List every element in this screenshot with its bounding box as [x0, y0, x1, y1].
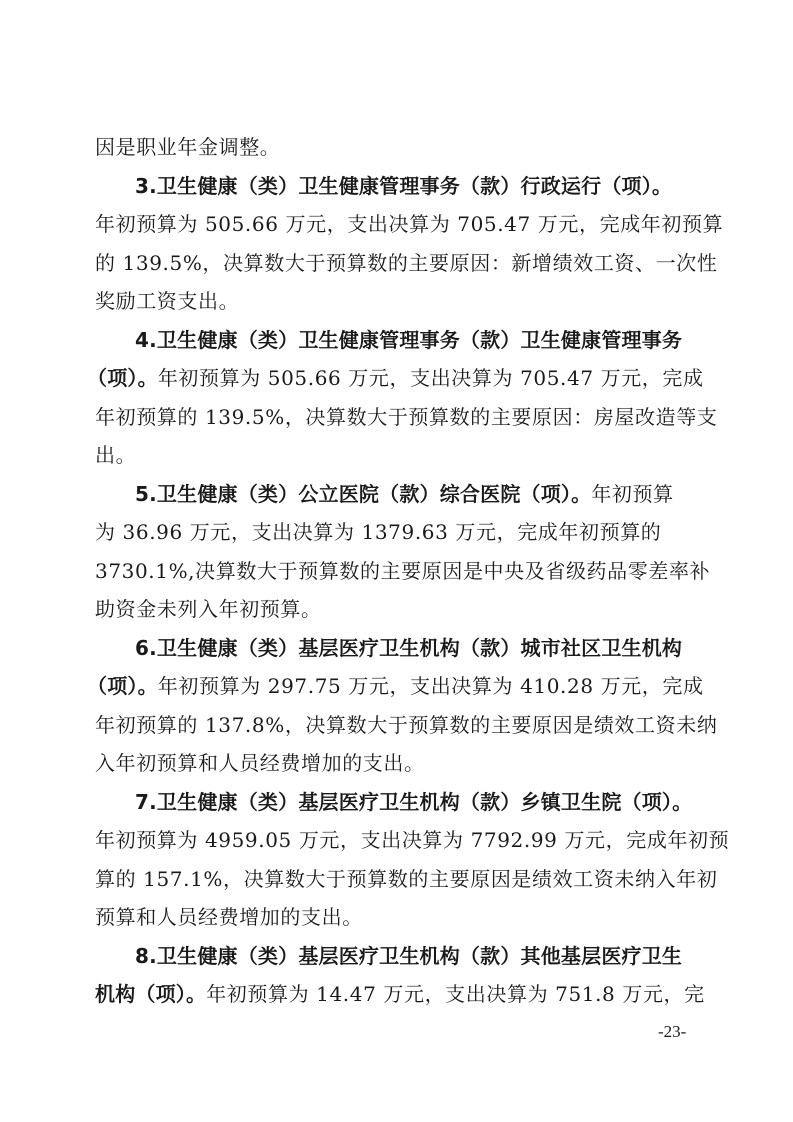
paragraph-line: 年初预算为 505.66 万元，支出决算为 705.47 万元，完成年初预算 [95, 205, 707, 244]
paragraph-line: 出。 [95, 436, 707, 475]
line-text: 的 139.5%，决算数大于预算数的主要原因：新增绩效工资、一次性 [95, 251, 717, 275]
line-text: 3730.1%,决算数大于预算数的主要原因是中央及省级药品零差率补 [95, 559, 710, 583]
line-text: 因是职业年金调整。 [95, 135, 280, 159]
paragraph-line: 预算和人员经费增加的支出。 [95, 898, 707, 937]
line-text: 年初预算为 297.75 万元，支出决算为 410.28 万元，完成 [158, 674, 704, 698]
paragraph-line: 年初预算的 139.5%，决算数大于预算数的主要原因：房屋改造等支 [95, 398, 707, 437]
page-number: -23- [658, 1022, 686, 1042]
line-text: 年初预算 [591, 482, 673, 506]
paragraph-line: 3730.1%,决算数大于预算数的主要原因是中央及省级药品零差率补 [95, 552, 707, 591]
heading-text: （项）。 [87, 674, 158, 698]
heading-text: 4.卫生健康（类）卫生健康管理事务（款）卫生健康管理事务 [135, 328, 682, 352]
section-heading-4: 4.卫生健康（类）卫生健康管理事务（款）卫生健康管理事务 [95, 321, 707, 360]
heading-text: （项）。 [87, 366, 158, 390]
paragraph-line: 为 36.96 万元，支出决算为 1379.63 万元，完成年初预算的 [95, 513, 707, 552]
paragraph-line: 年初预算为 4959.05 万元，支出决算为 7792.99 万元，完成年初预 [95, 821, 707, 860]
heading-text: 8.卫生健康（类）基层医疗卫生机构（款）其他基层医疗卫生 [135, 944, 682, 968]
line-text: 算的 157.1%，决算数大于预算数的主要原因是绩效工资未纳入年初 [95, 867, 717, 891]
paragraph-line: 入年初预算和人员经费增加的支出。 [95, 744, 707, 783]
section-heading-3: 3.卫生健康（类）卫生健康管理事务（款）行政运行（项）。 [95, 167, 707, 206]
line-text: 年初预算为 505.66 万元，支出决算为 705.47 万元，完成年初预算 [95, 212, 723, 236]
heading-text: 3.卫生健康（类）卫生健康管理事务（款）行政运行（项）。 [135, 174, 672, 198]
section-heading-7: 7.卫生健康（类）基层医疗卫生机构（款）乡镇卫生院（项）。 [95, 783, 707, 822]
line-text: 入年初预算和人员经费增加的支出。 [95, 751, 425, 775]
paragraph-line: （项）。年初预算为 297.75 万元，支出决算为 410.28 万元，完成 [87, 667, 707, 706]
paragraph-line: （项）。年初预算为 505.66 万元，支出决算为 705.47 万元，完成 [87, 359, 707, 398]
line-text: 年初预算为 505.66 万元，支出决算为 705.47 万元，完成 [158, 366, 704, 390]
line-text: 年初预算为 4959.05 万元，支出决算为 7792.99 万元，完成年初预 [95, 828, 729, 852]
paragraph-line: 的 139.5%，决算数大于预算数的主要原因：新增绩效工资、一次性 [95, 244, 707, 283]
paragraph-line: 机构（项）。年初预算为 14.47 万元，支出决算为 751.8 万元，完 [95, 975, 707, 1014]
line-text: 助资金未列入年初预算。 [95, 597, 322, 621]
line-text: 年初预算的 137.8%，决算数大于预算数的主要原因是绩效工资未纳 [95, 713, 717, 737]
paragraph-line: 奖励工资支出。 [95, 282, 707, 321]
paragraph-line: 因是职业年金调整。 [95, 128, 707, 167]
heading-text: 机构（项）。 [95, 982, 206, 1006]
line-text: 预算和人员经费增加的支出。 [95, 905, 363, 929]
heading-text: 7.卫生健康（类）基层医疗卫生机构（款）乡镇卫生院（项）。 [135, 790, 692, 814]
line-text: 为 36.96 万元，支出决算为 1379.63 万元，完成年初预算的 [95, 520, 661, 544]
paragraph-line: 算的 157.1%，决算数大于预算数的主要原因是绩效工资未纳入年初 [95, 860, 707, 899]
paragraph-line: 年初预算的 137.8%，决算数大于预算数的主要原因是绩效工资未纳 [95, 706, 707, 745]
heading-text: 6.卫生健康（类）基层医疗卫生机构（款）城市社区卫生机构 [135, 636, 682, 660]
heading-text: 5.卫生健康（类）公立医院（款）综合医院（项）。 [135, 482, 591, 506]
section-heading-5: 5.卫生健康（类）公立医院（款）综合医院（项）。年初预算 [95, 475, 707, 514]
document-body: 因是职业年金调整。 3.卫生健康（类）卫生健康管理事务（款）行政运行（项）。 年… [95, 128, 707, 1014]
section-heading-6: 6.卫生健康（类）基层医疗卫生机构（款）城市社区卫生机构 [95, 629, 707, 668]
paragraph-line: 助资金未列入年初预算。 [95, 590, 707, 629]
line-text: 年初预算的 139.5%，决算数大于预算数的主要原因：房屋改造等支 [95, 405, 717, 429]
section-heading-8: 8.卫生健康（类）基层医疗卫生机构（款）其他基层医疗卫生 [95, 937, 707, 976]
line-text: 年初预算为 14.47 万元，支出决算为 751.8 万元，完 [206, 982, 705, 1006]
line-text: 奖励工资支出。 [95, 289, 239, 313]
line-text: 出。 [95, 443, 136, 467]
